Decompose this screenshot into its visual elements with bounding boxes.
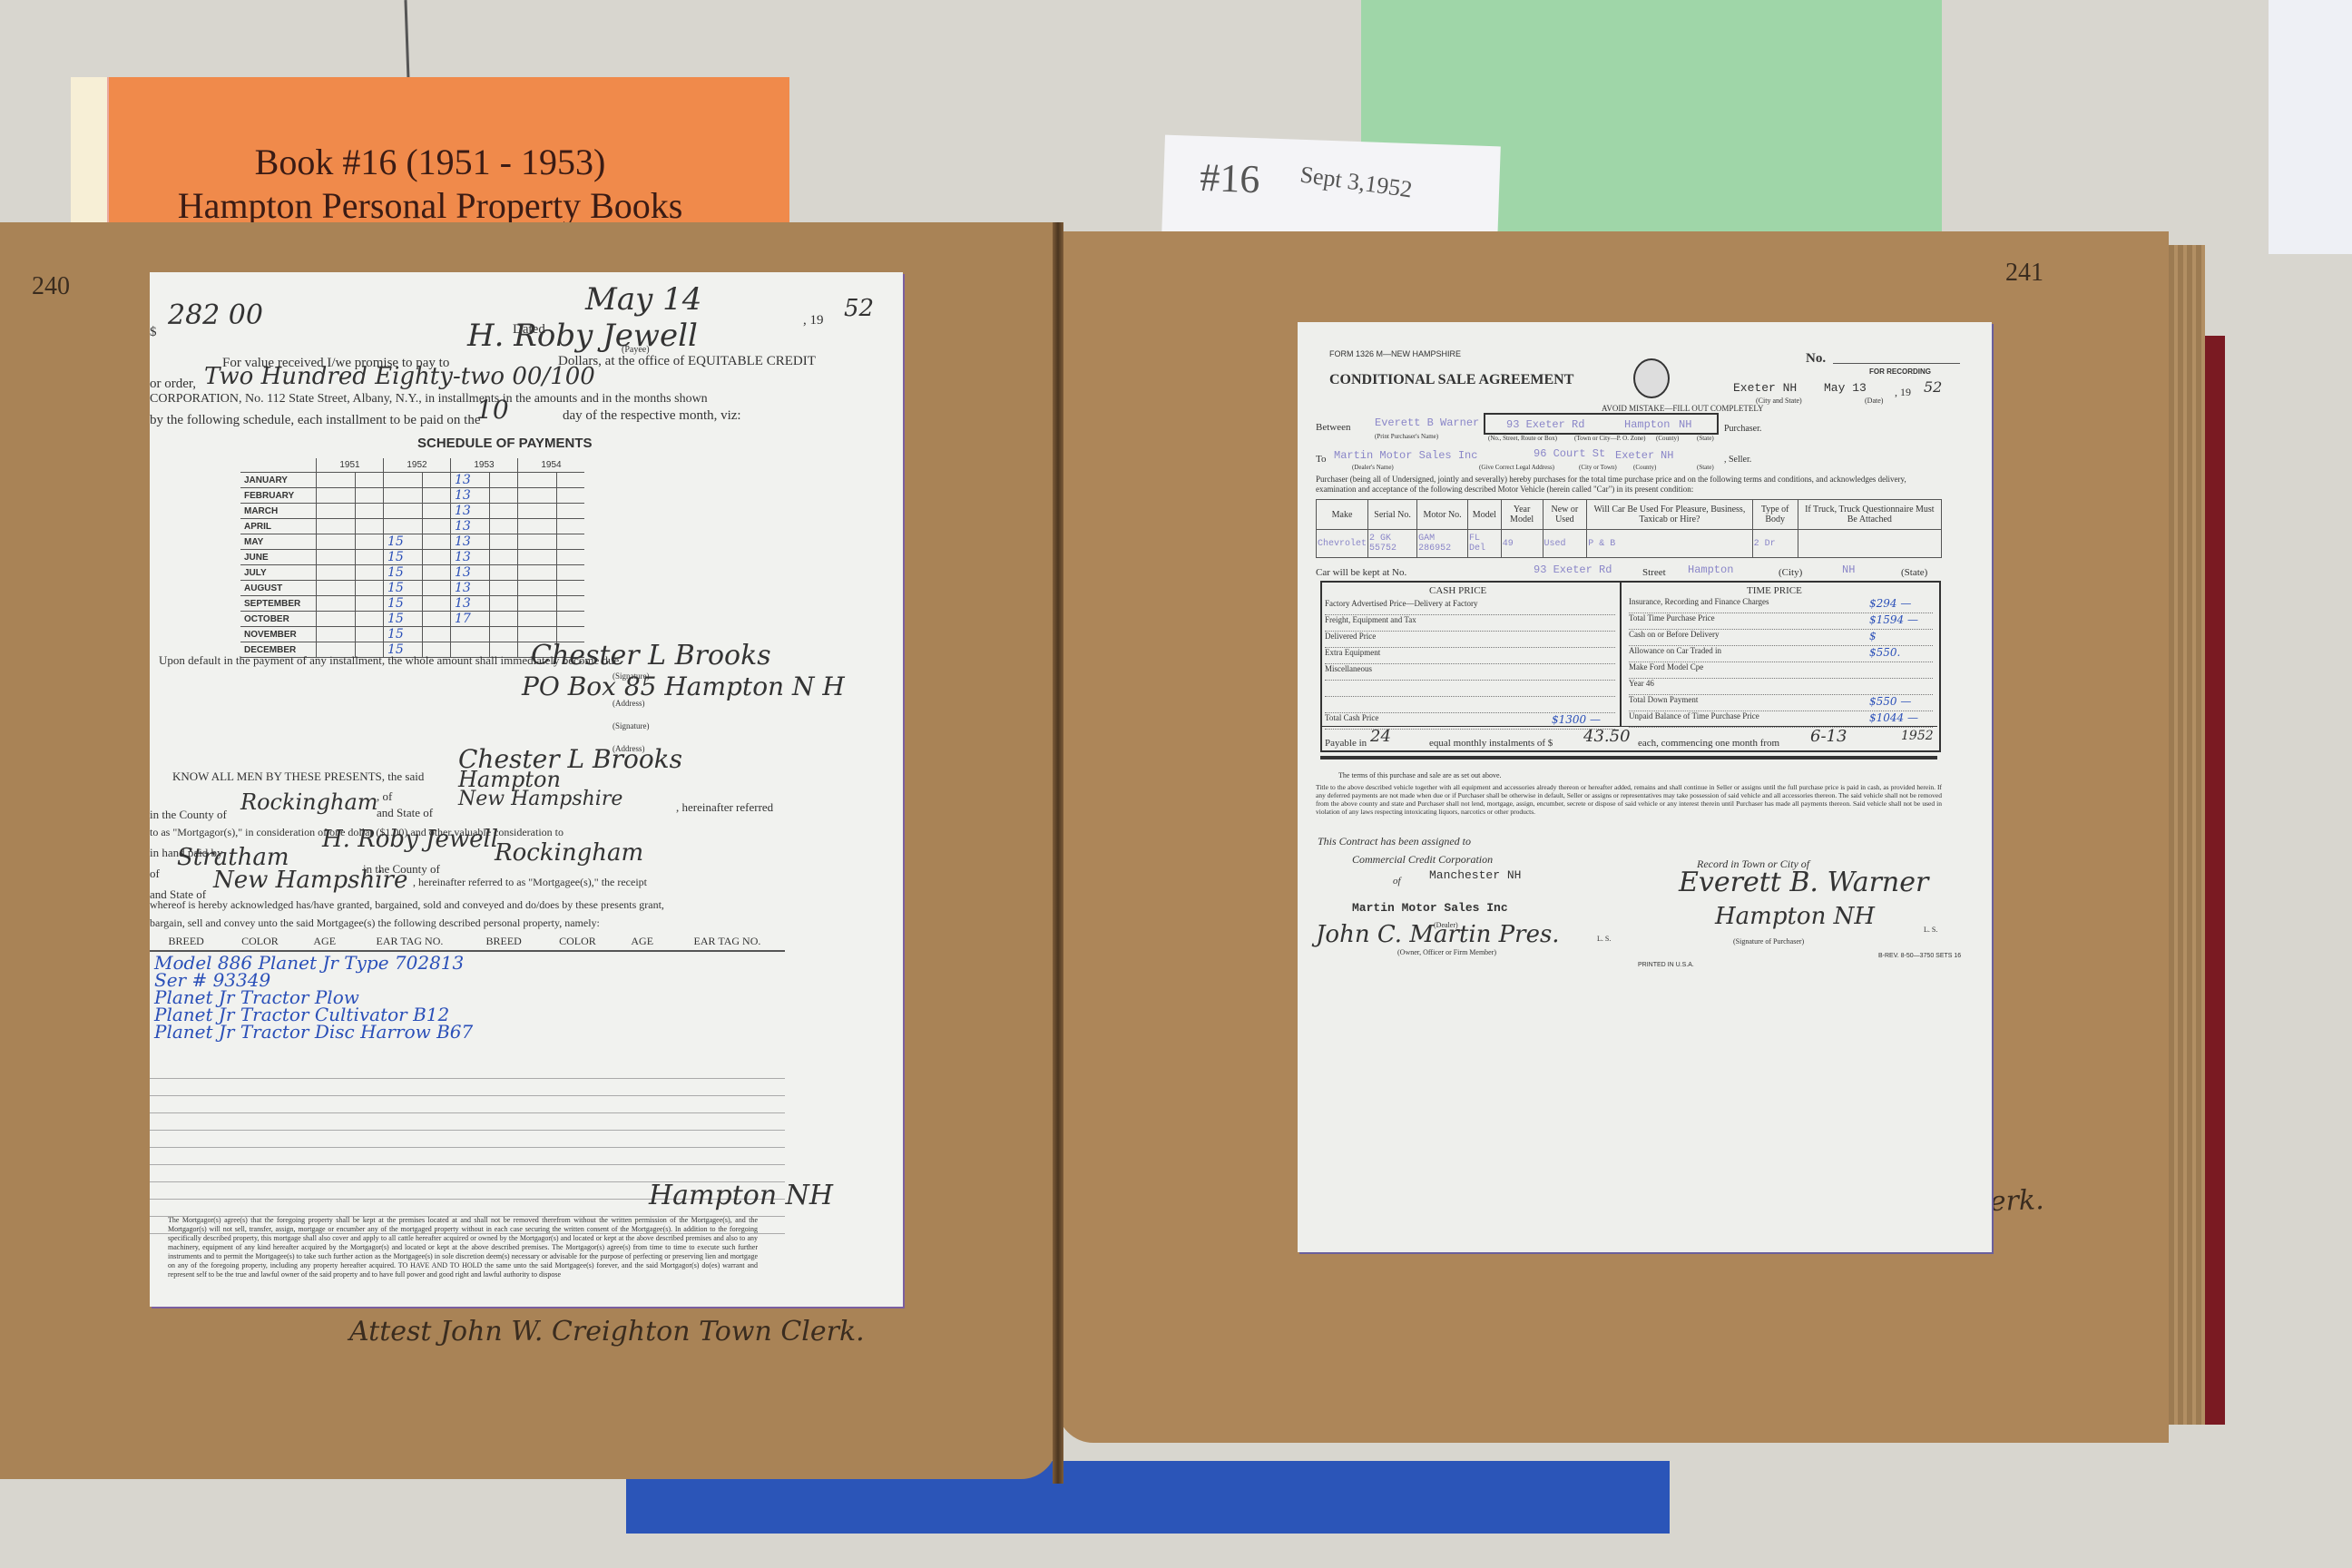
cents-cell <box>557 473 585 488</box>
rule <box>1320 756 1937 759</box>
col-model: Model <box>1468 500 1502 530</box>
vehicle-model: FL Del <box>1468 530 1502 558</box>
schedule-row: AUGUST1513 <box>240 581 584 596</box>
cents-cell <box>356 488 384 504</box>
cents-cell <box>490 612 518 627</box>
ls-label: L. S. <box>1924 926 1937 934</box>
assignee-city: Manchester NH <box>1429 868 1521 882</box>
of-label: , of <box>377 789 392 804</box>
vehicle-year: 49 <box>1501 530 1543 558</box>
schedule-row: OCTOBER1517 <box>240 612 584 627</box>
payable-label: Payable in <box>1325 738 1367 749</box>
payable-count: 24 <box>1370 727 1391 746</box>
owner-signature: John C. Martin Pres. <box>1316 921 1560 948</box>
col-body: Type of Body <box>1752 500 1798 530</box>
installment-amount: 13 <box>451 473 490 488</box>
price-row: Insurance, Recording and Finance Charges… <box>1629 597 1933 613</box>
county-label: in the County of <box>150 808 227 822</box>
cents-cell <box>423 565 451 581</box>
installment-amount <box>518 488 557 504</box>
dealer-address: 96 Court St <box>1534 447 1605 460</box>
installment-amount <box>518 519 557 534</box>
property-table: BREED COLOR AGE EAR TAG NO. BREED COLOR … <box>150 933 785 952</box>
col-truck: If Truck, Truck Questionnaire Must Be At… <box>1798 500 1941 530</box>
date-label: (Date) <box>1865 397 1883 405</box>
cents-cell <box>490 488 518 504</box>
month-label: FEBRUARY <box>240 488 317 504</box>
mortgage-fine-print: The Mortgagor(s) agree(s) that the foreg… <box>168 1216 758 1279</box>
cents-cell <box>356 519 384 534</box>
installment-amount: 13 <box>451 550 490 565</box>
payment-day: 10 <box>476 395 509 425</box>
price-row-value: $294 — <box>1869 597 1933 612</box>
address-label: (Address) <box>612 699 645 708</box>
cents-cell <box>557 596 585 612</box>
installment-amount <box>317 565 356 581</box>
time-price-rows: Insurance, Recording and Finance Charges… <box>1629 597 1933 728</box>
document-title: CONDITIONAL SALE AGREEMENT <box>1329 372 1573 388</box>
price-row-label: Extra Equipment <box>1325 648 1380 663</box>
date-value: May 13 <box>1824 381 1867 395</box>
col-year: Year Model <box>1501 500 1543 530</box>
col-ear-tag: EAR TAG NO. <box>670 933 785 951</box>
bargain-text: bargain, sell and convey unto the said M… <box>150 916 600 930</box>
price-row-value <box>1552 615 1615 631</box>
cents-cell <box>557 581 585 596</box>
commencing-value: 6-13 <box>1810 727 1847 746</box>
installment-amount <box>317 596 356 612</box>
year-prefix: , 19 <box>803 313 824 328</box>
schedule-row: MARCH13 <box>240 504 584 519</box>
assignee-of-label: of <box>1393 876 1401 887</box>
schedule-of-payments-table: 1951 1952 1953 1954 JANUARY13FEBRUARY13M… <box>240 458 584 658</box>
dealer-signature-name: Martin Motor Sales Inc <box>1352 901 1508 915</box>
month-label: OCTOBER <box>240 612 317 627</box>
price-row-value: $1594 — <box>1869 613 1933 629</box>
month-label: MARCH <box>240 504 317 519</box>
no-label: No. <box>1806 351 1826 367</box>
installment-amount <box>317 534 356 550</box>
installment-amount <box>518 581 557 596</box>
printed-in-usa: PRINTED IN U.S.A. <box>1638 962 1694 968</box>
purchase-text: Purchaser (being all of Undersigned, joi… <box>1316 475 1942 495</box>
book-label-subtitle: Hampton Personal Property Books <box>71 184 789 227</box>
form-id: FORM 1326 M—NEW HAMPSHIRE <box>1329 349 1461 358</box>
installment-amount: 13 <box>451 581 490 596</box>
cents-cell <box>490 596 518 612</box>
purchaser-signature: Everett B. Warner <box>1679 867 1928 898</box>
price-row: Delivered Price <box>1325 632 1615 648</box>
dealer-address-label: (Give Correct Legal Address) <box>1479 464 1554 471</box>
price-row-label: Unpaid Balance of Time Purchase Price <box>1629 711 1759 727</box>
assigned-text: This Contract has been assigned to <box>1318 835 1471 848</box>
year-header: 1952 <box>384 458 451 473</box>
cents-cell <box>356 627 384 642</box>
hereinafter-text: , hereinafter referred to as "Mortgagee(… <box>413 876 647 889</box>
cents-cell <box>557 504 585 519</box>
price-row: Total Cash Price$1300 — <box>1325 713 1615 730</box>
cents-cell <box>490 627 518 642</box>
schedule-row: JUNE1513 <box>240 550 584 565</box>
amount-label: $ <box>150 325 157 340</box>
installment-amount: 13 <box>451 534 490 550</box>
ls-label: L. S. <box>1597 935 1611 943</box>
purchaser-name: Everett B Warner <box>1375 416 1479 429</box>
dealer-name: Martin Motor Sales Inc <box>1334 449 1477 462</box>
price-row-value <box>1552 648 1615 663</box>
kept-at-label: Car will be kept at No. <box>1316 567 1406 578</box>
installment-amount <box>384 473 423 488</box>
cents-cell <box>557 612 585 627</box>
installment-amount <box>518 565 557 581</box>
union-label-seal-icon <box>1633 358 1670 398</box>
year-value: 52 <box>1924 378 1942 396</box>
to-label: To <box>1316 454 1326 465</box>
note-number: #16 <box>1200 154 1261 202</box>
col-age: AGE <box>297 933 351 951</box>
schedule-row: FEBRUARY13 <box>240 488 584 504</box>
schedule-title: SCHEDULE OF PAYMENTS <box>417 436 593 451</box>
installment-amount: 15 <box>384 627 423 642</box>
price-row: Total Time Purchase Price$1594 — <box>1629 613 1933 630</box>
col-use: Will Car Be Used For Pleasure, Business,… <box>1587 500 1752 530</box>
cents-cell <box>490 519 518 534</box>
instalment-amount: 43.50 <box>1583 727 1631 746</box>
vehicle-body: 2 Dr <box>1752 530 1798 558</box>
dealer-city-label: (City or Town) <box>1579 464 1617 471</box>
price-row-value <box>1869 679 1933 694</box>
or-order-label: or order, <box>150 377 196 392</box>
installment-amount: 17 <box>451 612 490 627</box>
payee-value: H. Roby Jewell <box>467 318 698 354</box>
vehicle-use: P & B <box>1587 530 1752 558</box>
cash-price-rows: Factory Advertised Price—Delivery at Fac… <box>1325 599 1615 730</box>
installment-amount: 13 <box>451 504 490 519</box>
installment-amount: 13 <box>451 519 490 534</box>
page-number: 241 <box>2005 259 2043 288</box>
month-label: JUNE <box>240 550 317 565</box>
instalments-text: equal monthly instalments of $ <box>1429 738 1553 749</box>
col-motor: Motor No. <box>1417 500 1468 530</box>
cents-cell <box>490 565 518 581</box>
installment-amount <box>518 596 557 612</box>
cents-cell <box>557 565 585 581</box>
schedule-intro-end: day of the respective month, viz: <box>563 408 741 424</box>
cents-cell <box>356 612 384 627</box>
chattel-mortgage-document: $ 282 00 Dated May 14 , 19 52 H. Roby Je… <box>150 272 903 1307</box>
installment-amount <box>518 612 557 627</box>
cents-cell <box>356 565 384 581</box>
installment-amount <box>317 504 356 519</box>
cents-cell <box>423 596 451 612</box>
col-age: AGE <box>614 933 669 951</box>
vehicle-new-used: Used <box>1543 530 1587 558</box>
price-row-label: Total Down Payment <box>1629 695 1698 710</box>
property-line: Planet Jr Tractor Disc Harrow B67 <box>154 1024 499 1041</box>
corporation-text: CORPORATION, No. 112 State Street, Alban… <box>150 392 708 407</box>
schedule-intro: by the following schedule, each installm… <box>150 413 481 428</box>
payable-row: Payable in 24 equal monthly instalments … <box>1320 726 1937 727</box>
installment-amount <box>384 519 423 534</box>
mortgagor-address: PO Box 85 Hampton N H <box>522 671 845 701</box>
price-row: Total Down Payment$550 — <box>1629 695 1933 711</box>
city-state-value: Exeter NH <box>1733 381 1797 395</box>
col-breed: BREED <box>467 933 540 951</box>
street-label: Street <box>1642 567 1666 578</box>
purchaser-signature-label: (Signature of Purchaser) <box>1733 937 1804 946</box>
page-number: 240 <box>32 272 70 301</box>
installment-amount: 15 <box>384 534 423 550</box>
col-breed: BREED <box>150 933 222 951</box>
cents-cell <box>490 534 518 550</box>
col-color: COLOR <box>540 933 614 951</box>
installment-amount: 15 <box>384 565 423 581</box>
price-row-label: Allowance on Car Traded in <box>1629 646 1721 661</box>
price-row-value <box>1552 632 1615 647</box>
price-row-value <box>1552 697 1615 712</box>
commencing-year: 1952 <box>1901 729 1934 743</box>
cents-cell <box>423 504 451 519</box>
purchaser-address: 93 Exeter Rd <box>1506 418 1584 431</box>
installment-amount <box>518 504 557 519</box>
vehicle-motor: GAM 286952 <box>1417 530 1468 558</box>
price-row-label: Freight, Equipment and Tax <box>1325 615 1416 631</box>
month-label: MAY <box>240 534 317 550</box>
installment-amount <box>384 504 423 519</box>
index-note: #16 Sept 3,1952 <box>1161 135 1501 247</box>
price-row: Miscellaneous <box>1325 664 1615 681</box>
price-row: Factory Advertised Price—Delivery at Fac… <box>1325 599 1615 615</box>
installment-amount: 13 <box>451 596 490 612</box>
price-row-label: Delivered Price <box>1325 632 1376 647</box>
assignee-name: Commercial Credit Corporation <box>1352 853 1493 867</box>
cents-cell <box>356 550 384 565</box>
price-row-value <box>1552 599 1615 614</box>
installment-amount <box>317 612 356 627</box>
between-label: Between <box>1316 422 1350 433</box>
purchaser-signature-town: Hampton NH <box>1715 903 1875 930</box>
price-row-value <box>1552 664 1615 680</box>
price-row-value: $ <box>1869 630 1933 645</box>
cents-cell <box>356 581 384 596</box>
installment-amount <box>451 627 490 642</box>
price-row-value: $550 — <box>1869 695 1933 710</box>
year-header: 1951 <box>317 458 384 473</box>
installment-amount <box>518 534 557 550</box>
year-header: 1954 <box>518 458 585 473</box>
installment-amount <box>518 473 557 488</box>
mortgagor-county: Rockingham <box>240 789 378 815</box>
installment-amount: 15 <box>384 596 423 612</box>
month-label: JULY <box>240 565 317 581</box>
price-row: Make Ford Model Cpe <box>1629 662 1933 679</box>
cents-cell <box>557 488 585 504</box>
avoid-mistake-text: AVOID MISTAKE—FILL OUT COMPLETELY <box>1602 404 1763 413</box>
cents-cell <box>423 519 451 534</box>
dollars-text: Dollars, at the office of EQUITABLE CRED… <box>558 354 816 369</box>
month-label: JANUARY <box>240 473 317 488</box>
revision-code: B-REV. 8-50—3750 SETS 16 <box>1878 953 1961 959</box>
price-row: Allowance on Car Traded in$550. <box>1629 646 1933 662</box>
hereinafter-text: , hereinafter referred <box>676 800 773 815</box>
price-row-label: Insurance, Recording and Finance Charges <box>1629 597 1769 612</box>
col-color: COLOR <box>222 933 297 951</box>
commencing-text: each, commencing one month from <box>1638 738 1779 749</box>
schedule-row: SEPTEMBER1513 <box>240 596 584 612</box>
dealer-state: NH <box>1661 449 1673 462</box>
cents-cell <box>356 534 384 550</box>
price-row: Freight, Equipment and Tax <box>1325 615 1615 632</box>
price-row <box>1325 681 1615 697</box>
attestation: Attest John W. Creighton Town Clerk. <box>349 1316 865 1347</box>
premises-location: Hampton NH <box>649 1180 833 1211</box>
cents-cell <box>423 627 451 642</box>
dealer-city: Exeter <box>1615 449 1654 462</box>
vehicle-truck <box>1798 530 1941 558</box>
price-row-label: Year 46 <box>1629 679 1654 694</box>
dated-value: May 14 <box>585 281 701 318</box>
cents-cell <box>490 550 518 565</box>
price-row: Cash on or Before Delivery$ <box>1629 630 1933 646</box>
whereof-text: whereof is hereby acknowledged has/have … <box>150 898 664 912</box>
terms-text: The terms of this purchase and sale are … <box>1338 771 1502 779</box>
installment-amount: 15 <box>384 581 423 596</box>
cents-cell <box>423 473 451 488</box>
cents-cell <box>490 581 518 596</box>
no-field <box>1833 363 1960 364</box>
note-date: Sept 3,1952 <box>1298 161 1414 203</box>
installment-amount: 13 <box>451 488 490 504</box>
book-label-title: Book #16 (1951 - 1953) <box>71 141 789 183</box>
installment-amount: 13 <box>451 565 490 581</box>
city-label: (City) <box>1779 567 1802 578</box>
kept-city: Hampton <box>1688 563 1733 576</box>
purchaser-suffix: Purchaser. <box>1724 424 1761 434</box>
schedule-row: JULY1513 <box>240 565 584 581</box>
price-row <box>1325 697 1615 713</box>
col-make: Make <box>1317 500 1368 530</box>
kept-at-value: 93 Exeter Rd <box>1534 563 1612 576</box>
month-label: AUGUST <box>240 581 317 596</box>
installment-amount <box>317 473 356 488</box>
price-row-label: Cash on or Before Delivery <box>1629 630 1719 645</box>
price-row-value <box>1869 662 1933 678</box>
installment-amount <box>317 581 356 596</box>
purchaser-address-label: (No., Street, Route or Box) <box>1488 435 1557 442</box>
month-label: NOVEMBER <box>240 627 317 642</box>
mortgagor-signature: Chester L Brooks <box>531 640 771 671</box>
schedule-row: MAY1513 <box>240 534 584 550</box>
cents-cell <box>423 550 451 565</box>
amount-in-words: Two Hundred Eighty-two 00/100 <box>204 363 595 390</box>
price-row-label: Total Time Purchase Price <box>1629 613 1715 629</box>
know-all-men-text: KNOW ALL MEN BY THESE PRESENTS, the said <box>172 769 424 784</box>
price-row-value: $1044 — <box>1869 711 1933 727</box>
price-row-value <box>1552 681 1615 696</box>
state-label: (State) <box>1901 567 1927 578</box>
book-label: Book #16 (1951 - 1953) Hampton Personal … <box>71 77 789 236</box>
cents-cell <box>557 550 585 565</box>
vehicle-make: Chevrolet <box>1317 530 1368 558</box>
installment-amount <box>384 488 423 504</box>
amount-value: 282 00 <box>168 299 263 331</box>
year-value: 52 <box>844 295 874 322</box>
mortgagee-state: New Hampshire <box>213 867 407 894</box>
month-label: APRIL <box>240 519 317 534</box>
price-row-label: Factory Advertised Price—Delivery at Fac… <box>1325 599 1477 614</box>
purchaser-state: NH <box>1679 418 1691 431</box>
dealer-state-label: (State) <box>1697 464 1714 471</box>
cents-cell <box>423 488 451 504</box>
cents-cell <box>423 534 451 550</box>
signature-label: (Signature) <box>612 721 650 730</box>
state-label: and State of <box>377 806 433 820</box>
month-label: SEPTEMBER <box>240 596 317 612</box>
vehicle-table: Make Serial No. Motor No. Model Year Mod… <box>1316 499 1942 558</box>
price-row-value: $550. <box>1869 646 1933 661</box>
cents-cell <box>490 473 518 488</box>
price-row: Extra Equipment <box>1325 648 1615 664</box>
cents-cell <box>490 504 518 519</box>
cents-cell <box>557 534 585 550</box>
mortgagee-county: Rockingham <box>495 839 643 867</box>
book-gutter <box>1053 222 1063 1484</box>
purchaser-name-label: (Print Purchaser's Name) <box>1375 433 1438 440</box>
mortgagor-state: New Hampshire <box>458 788 622 810</box>
property-list: Model 886 Planet Jr Type 702813 Ser # 93… <box>154 955 499 1041</box>
purchaser-town: Hampton <box>1624 418 1670 431</box>
title-retention-text: Title to the above described vehicle tog… <box>1316 783 1942 816</box>
installment-amount <box>317 488 356 504</box>
schedule-row: APRIL13 <box>240 519 584 534</box>
mortgagee-name: H. Roby Jewell <box>322 826 498 853</box>
installment-amount <box>317 550 356 565</box>
month-header <box>240 458 317 473</box>
price-row-label: Make Ford Model Cpe <box>1629 662 1703 678</box>
cash-price-title: CASH PRICE <box>1429 585 1486 596</box>
corner-paper <box>2269 0 2352 254</box>
cents-cell <box>356 504 384 519</box>
time-price-title: TIME PRICE <box>1747 585 1802 596</box>
dealer-county-label: (County) <box>1633 464 1656 471</box>
owner-label: (Owner, Officer or Firm Member) <box>1397 948 1496 956</box>
for-recording-label: FOR RECORDING <box>1869 367 1931 376</box>
price-row-label: Miscellaneous <box>1325 664 1372 680</box>
seller-suffix: , Seller. <box>1724 455 1751 465</box>
schedule-body: JANUARY13FEBRUARY13MARCH13APRIL13MAY1513… <box>240 473 584 658</box>
col-new-used: New or Used <box>1543 500 1587 530</box>
col-serial: Serial No. <box>1368 500 1417 530</box>
cents-cell <box>356 473 384 488</box>
kept-state: NH <box>1842 563 1855 576</box>
year-prefix: , 19 <box>1895 386 1911 399</box>
of-label: of <box>150 867 160 881</box>
installment-amount <box>518 550 557 565</box>
schedule-row: JANUARY13 <box>240 473 584 488</box>
cents-cell <box>423 581 451 596</box>
cents-cell <box>423 612 451 627</box>
col-ear-tag: EAR TAG NO. <box>352 933 467 951</box>
conditional-sale-agreement: FORM 1326 M—NEW HAMPSHIRE CONDITIONAL SA… <box>1298 322 1992 1252</box>
price-divider <box>1620 581 1622 726</box>
installment-amount <box>317 519 356 534</box>
cents-cell <box>356 596 384 612</box>
installment-amount: 15 <box>384 550 423 565</box>
installment-amount <box>317 627 356 642</box>
vehicle-serial: 2 GK 55752 <box>1368 530 1417 558</box>
cents-cell <box>557 519 585 534</box>
purchaser-town-label: (Town or City—P. O. Zone) <box>1574 435 1645 442</box>
